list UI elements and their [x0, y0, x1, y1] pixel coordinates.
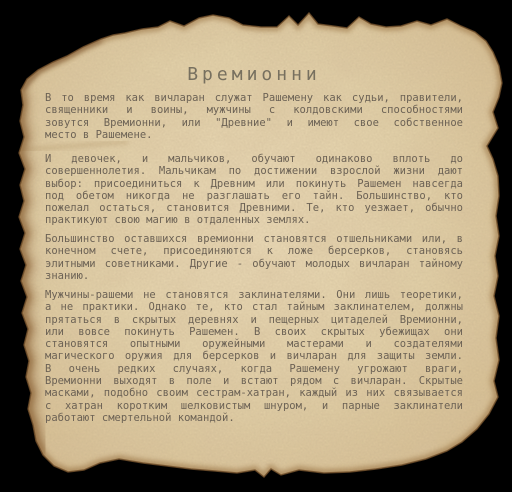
- text-line: элитными советниками. Другие - обучают м…: [45, 258, 463, 270]
- text-line: выбор: присоединиться к Древним или поки…: [45, 178, 463, 190]
- text-line: зовутся Времионни, или "Древние" и имеют…: [45, 117, 463, 129]
- text-line: под обетом никогда не разглашать его тай…: [45, 190, 463, 202]
- text-line: конечном счете, присоединяются к ложе бе…: [45, 245, 463, 257]
- text-line: магического оружия для берсерков и вичла…: [45, 350, 463, 362]
- text-line: практикуют свою магию в отдаленных земля…: [45, 214, 463, 226]
- text-line: Большинство оставшихся времионни становя…: [45, 233, 463, 245]
- text-line: масками, подобно своим сестрам-хатран, к…: [45, 387, 463, 399]
- paragraph-upbringing: И девочек, и мальчиков, обучают одинаков…: [45, 153, 463, 227]
- text-line: знанию.: [45, 270, 463, 282]
- paragraph-intro: В то время как вичларан служат Рашемену …: [45, 92, 463, 141]
- parchment-page: Времионни В то время как вичларан служат…: [0, 0, 512, 492]
- page-title: Времионни: [45, 64, 463, 85]
- text-line: или вовсе покинуть Рашемен. В своих скры…: [45, 326, 463, 338]
- text-line: Мужчины-рашеми не становятся заклинателя…: [45, 289, 463, 301]
- text-line: пожелал остаться, становится Древними. Т…: [45, 202, 463, 214]
- paragraph-hermits: Большинство оставшихся времионни становя…: [45, 233, 463, 282]
- text-line: место в Рашемене.: [45, 129, 463, 141]
- text-line: священники и воины, мужчины с колдовским…: [45, 104, 463, 116]
- text-line: становятся опытными оружейными мастерами…: [45, 338, 463, 350]
- text-line: а не практики. Однако те, кто стал тайны…: [45, 301, 463, 313]
- text-line: И девочек, и мальчиков, обучают одинаков…: [45, 153, 463, 165]
- text-line: прятаться в скрытых деревнях и пещерных …: [45, 314, 463, 326]
- text-line: Времионни выходят в поле и встают рядом …: [45, 375, 463, 387]
- text-line: с хатран коротким шелковистым шнуром, и …: [45, 400, 463, 412]
- text-line: В то время как вичларан служат Рашемену …: [45, 92, 463, 104]
- text-line: совершеннолетия. Мальчикам по достижении…: [45, 165, 463, 177]
- text-line: В очень редких случаях, когда Рашемену у…: [45, 363, 463, 375]
- paragraph-spellcasters: Мужчины-рашеми не становятся заклинателя…: [45, 289, 463, 424]
- text-line: работают смертельной командой.: [45, 412, 463, 424]
